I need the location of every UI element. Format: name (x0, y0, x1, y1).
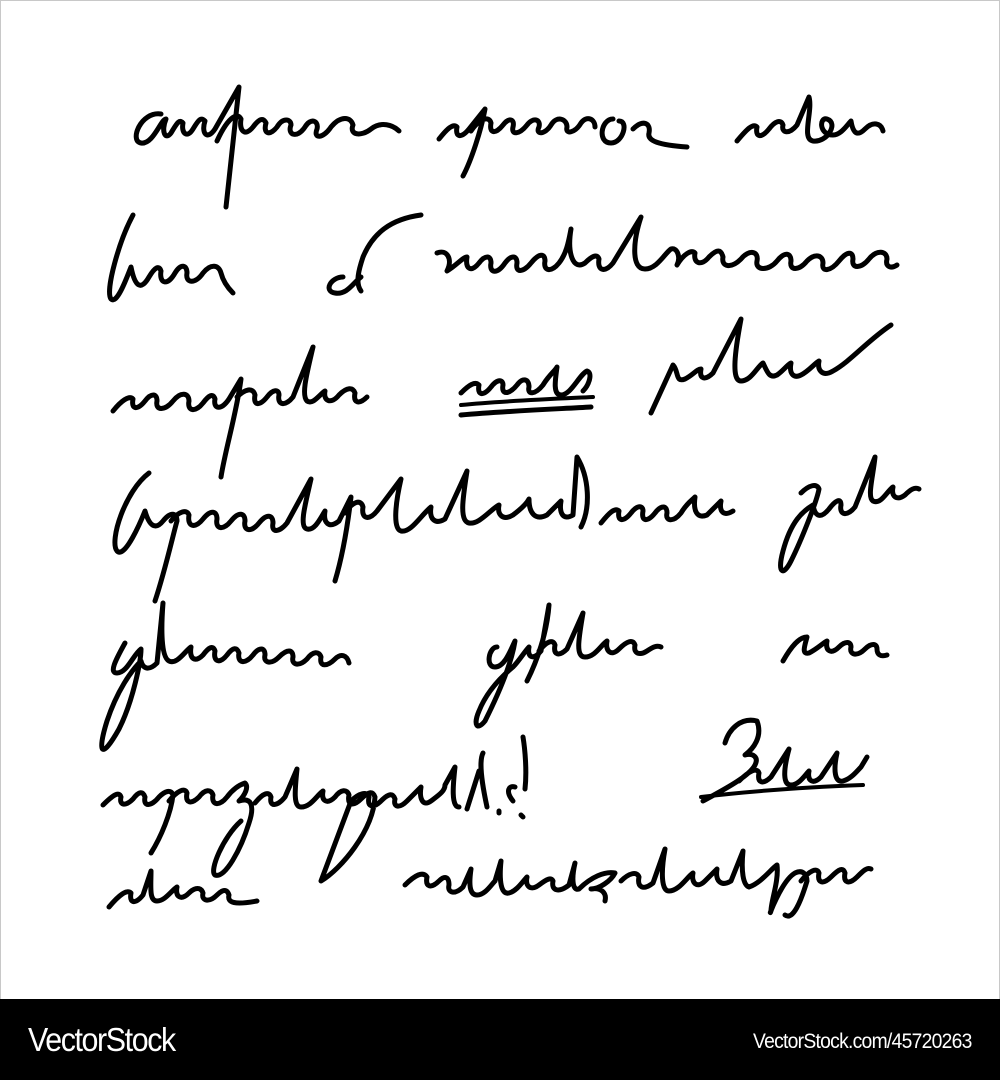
line-7 (109, 849, 871, 916)
scribble-handwriting-illustration (1, 1, 1000, 1000)
line-1 (136, 87, 883, 207)
line-2 (110, 215, 897, 300)
line-3 (113, 319, 891, 477)
line-4 (115, 457, 919, 601)
watermark-image-id: VectorStock.com/45720263 (753, 1030, 972, 1054)
handwriting-artwork (0, 0, 1000, 999)
watermark-banner: VectorStock VectorStock.com/45720263 (0, 999, 1000, 1080)
watermark-brand: VectorStock (28, 1021, 175, 1059)
line-6 (103, 720, 867, 881)
line-5 (102, 603, 887, 749)
